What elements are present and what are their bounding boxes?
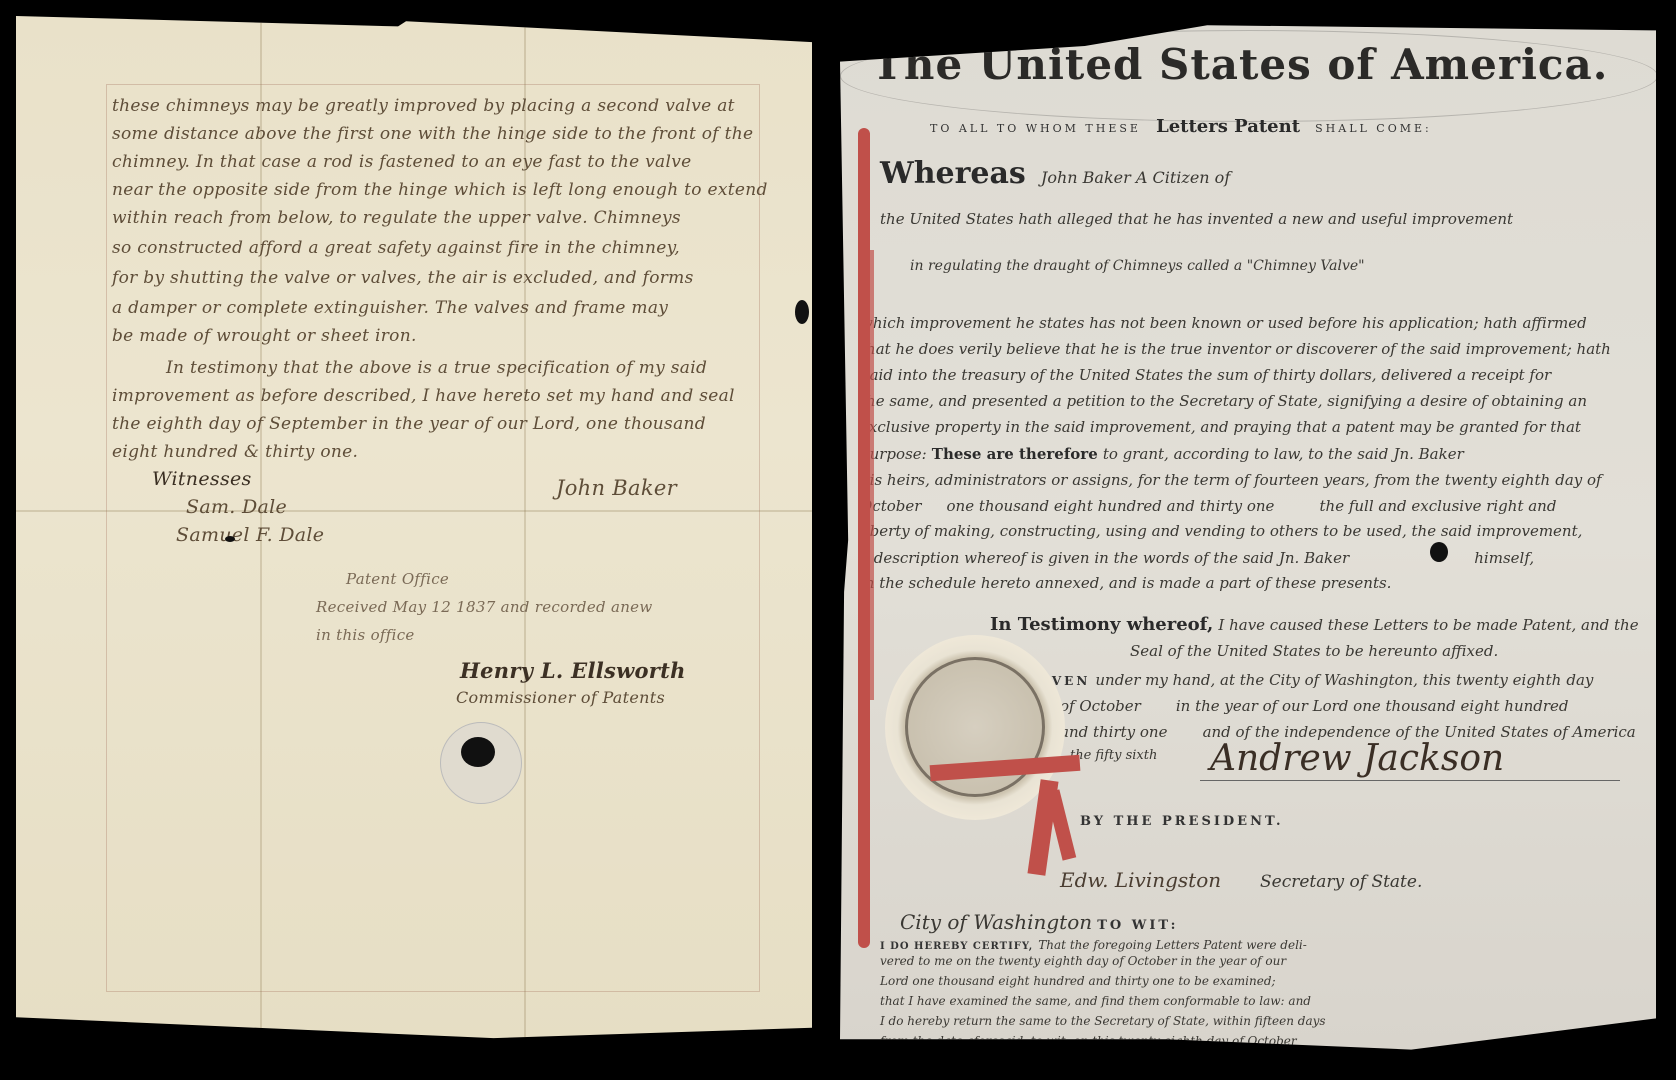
letters-patent-page: The United States of America. TO ALL TO … xyxy=(840,20,1656,1060)
heirs-text: his heirs, administrators or assigns, fo… xyxy=(860,471,1440,489)
certification-line: from the date aforesaid, to wit; on this… xyxy=(880,1034,1297,1048)
witness-signature: Sam. Dale xyxy=(186,496,287,518)
testimony-line: In testimony that the above is a true sp… xyxy=(166,358,707,378)
description-end: himself, xyxy=(1474,549,1534,567)
spec-line: a damper or complete extinguisher. The v… xyxy=(112,298,668,318)
witness-signature: Samuel F. Dale xyxy=(176,524,324,546)
seal-line: Seal of the United States to be hereunto… xyxy=(1130,642,1498,660)
document-title: The United States of America. xyxy=(870,40,1610,89)
testimony-line: In Testimony whereof, I have caused thes… xyxy=(990,614,1639,635)
grant-line: purpose: These are therefore to grant, a… xyxy=(860,444,1464,463)
alleged-line: the United States hath alleged that he h… xyxy=(880,210,1513,228)
testimony-line: the eighth day of September in the year … xyxy=(112,414,706,434)
commissioner-signature: Henry L. Ellsworth xyxy=(460,658,686,683)
invention-fill: in regulating the draught of Chimneys ca… xyxy=(910,258,1365,274)
spec-line: for by shutting the valve or valves, the… xyxy=(112,268,694,288)
salutation-pre: TO ALL TO WHOM THESE xyxy=(930,122,1141,135)
term-end: the full and exclusive right and xyxy=(1320,497,1557,515)
independence-fill: the fifty sixth xyxy=(1070,748,1157,763)
spec-line: within reach from below, to regulate the… xyxy=(112,208,681,228)
certification-line: that I have examined the same, and find … xyxy=(880,994,1311,1008)
whereas-heading: Whereas xyxy=(880,156,1026,191)
certification-line: Lord one thousand eight hundred and thir… xyxy=(880,974,1276,988)
certification-line: in the year aforesaid. xyxy=(880,1054,1010,1068)
salutation-post: SHALL COME: xyxy=(1315,122,1432,135)
patent-office-line2: in this office xyxy=(316,626,415,644)
certification-line: vered to me on the twenty eighth day of … xyxy=(880,954,1286,968)
spec-line: these chimneys may be greatly improved b… xyxy=(112,96,735,116)
signature-line xyxy=(1200,780,1620,781)
given-end: day xyxy=(1566,671,1593,689)
patent-office-received: Received May 12 1837 and recorded anew xyxy=(316,598,653,616)
given-year-fill: and thirty one xyxy=(1060,723,1167,741)
ink-blot xyxy=(225,536,235,542)
description-fill: Jn. Baker xyxy=(1279,549,1349,567)
by-the-president: BY THE PRESIDENT. xyxy=(1080,814,1284,829)
certification-city: City of Washington xyxy=(900,910,1092,934)
salutation: TO ALL TO WHOM THESE Letters Patent SHAL… xyxy=(930,116,1432,137)
given-year-line: of October in the year of our Lord one t… xyxy=(1060,696,1569,715)
spec-line: be made of wrought or sheet iron. xyxy=(112,326,417,346)
certification-line: I do hereby return the same to the Secre… xyxy=(880,1014,1326,1028)
body-line: exclusive property in the said improveme… xyxy=(860,418,1581,436)
secretary-title: Secretary of State. xyxy=(1260,872,1422,892)
specification-page: these chimneys may be greatly improved b… xyxy=(16,16,812,1059)
testimony-line: eight hundred & thirty one. xyxy=(112,442,358,462)
attorney-general-title: Attorney General of the United States. xyxy=(1330,1060,1584,1075)
body-line: paid into the treasury of the United Sta… xyxy=(860,366,1551,384)
patent-office-heading: Patent Office xyxy=(346,570,449,588)
spec-line: chimney. In that case a rod is fastened … xyxy=(112,152,691,172)
seal-hole xyxy=(461,737,495,767)
grant-fill-name: Jn. Baker xyxy=(1393,445,1463,463)
fold-line xyxy=(524,16,526,1059)
certification-heading: City of Washington TO WIT: xyxy=(900,910,1178,934)
ink-blot xyxy=(795,300,809,324)
grant-post: to grant, according to law, to the said xyxy=(1103,445,1389,463)
secretary-signature: Edw. Livingston xyxy=(1060,868,1221,892)
given-year-text: in the year of our Lord one thousand eig… xyxy=(1176,697,1569,715)
description-text: a description whereof is given in the wo… xyxy=(860,549,1274,567)
schedule-line: in the schedule hereto annexed, and is m… xyxy=(860,574,1391,592)
whereas-line: Whereas John Baker A Citizen of xyxy=(880,156,1230,191)
commissioner-title: Commissioner of Patents xyxy=(456,688,665,707)
testimony-text: I have caused these Letters to be made P… xyxy=(1218,616,1638,634)
body-line: the same, and presented a petition to th… xyxy=(860,392,1587,410)
given-month-fill: of October xyxy=(1060,697,1141,715)
term-line: October one thousand eight hundred and t… xyxy=(860,496,1556,515)
wax-seal-remnant xyxy=(440,722,522,804)
spec-line: some distance above the first one with t… xyxy=(112,124,753,144)
grant-gothic: These are therefore xyxy=(932,445,1098,463)
certify-caps: I DO HEREBY CERTIFY, xyxy=(880,941,1033,952)
heirs-fill: twenty eighth xyxy=(1445,471,1550,489)
body-line: that he does verily believe that he is t… xyxy=(860,340,1611,358)
given-text: under my hand, at the City of Washington… xyxy=(1095,671,1451,689)
term-text: one thousand eight hundred and xyxy=(947,497,1195,515)
president-signature: Andrew Jackson xyxy=(1210,738,1504,779)
printer-note: Printed by P. Force, Wash. City xyxy=(970,1064,1079,1072)
spec-line: so constructed afford a great safety aga… xyxy=(112,238,680,258)
given-line: GIVEN under my hand, at the City of Wash… xyxy=(1030,670,1593,689)
heirs-line: his heirs, administrators or assigns, fo… xyxy=(860,470,1602,489)
witnesses-label: Witnesses xyxy=(152,468,252,490)
to-wit: TO WIT: xyxy=(1097,918,1178,933)
spec-line: near the opposite side from the hinge wh… xyxy=(112,180,768,200)
letters-patent-heading: Letters Patent xyxy=(1156,116,1300,137)
certify-text: That the foregoing Letters Patent were d… xyxy=(1038,938,1307,952)
red-ribbon xyxy=(866,250,874,700)
ink-blot xyxy=(1430,542,1448,562)
certify-line: I DO HEREBY CERTIFY, That the foregoing … xyxy=(880,934,1307,953)
testimony-gothic: In Testimony whereof, xyxy=(990,614,1213,635)
liberty-line: liberty of making, constructing, using a… xyxy=(860,522,1582,540)
inventor-signature: John Baker xyxy=(556,476,677,500)
body-line: which improvement he states has not been… xyxy=(860,314,1587,332)
heirs-end: day of xyxy=(1555,471,1601,489)
fold-line xyxy=(16,510,812,512)
grantee-fill: John Baker A Citizen of xyxy=(1041,168,1230,187)
attorney-general-signature: R. B. Taney xyxy=(1200,1044,1286,1062)
term-year-fill: thirty one xyxy=(1200,497,1275,515)
given-fill: twenty eighth xyxy=(1456,671,1561,689)
testimony-line: improvement as before described, I have … xyxy=(112,386,735,406)
